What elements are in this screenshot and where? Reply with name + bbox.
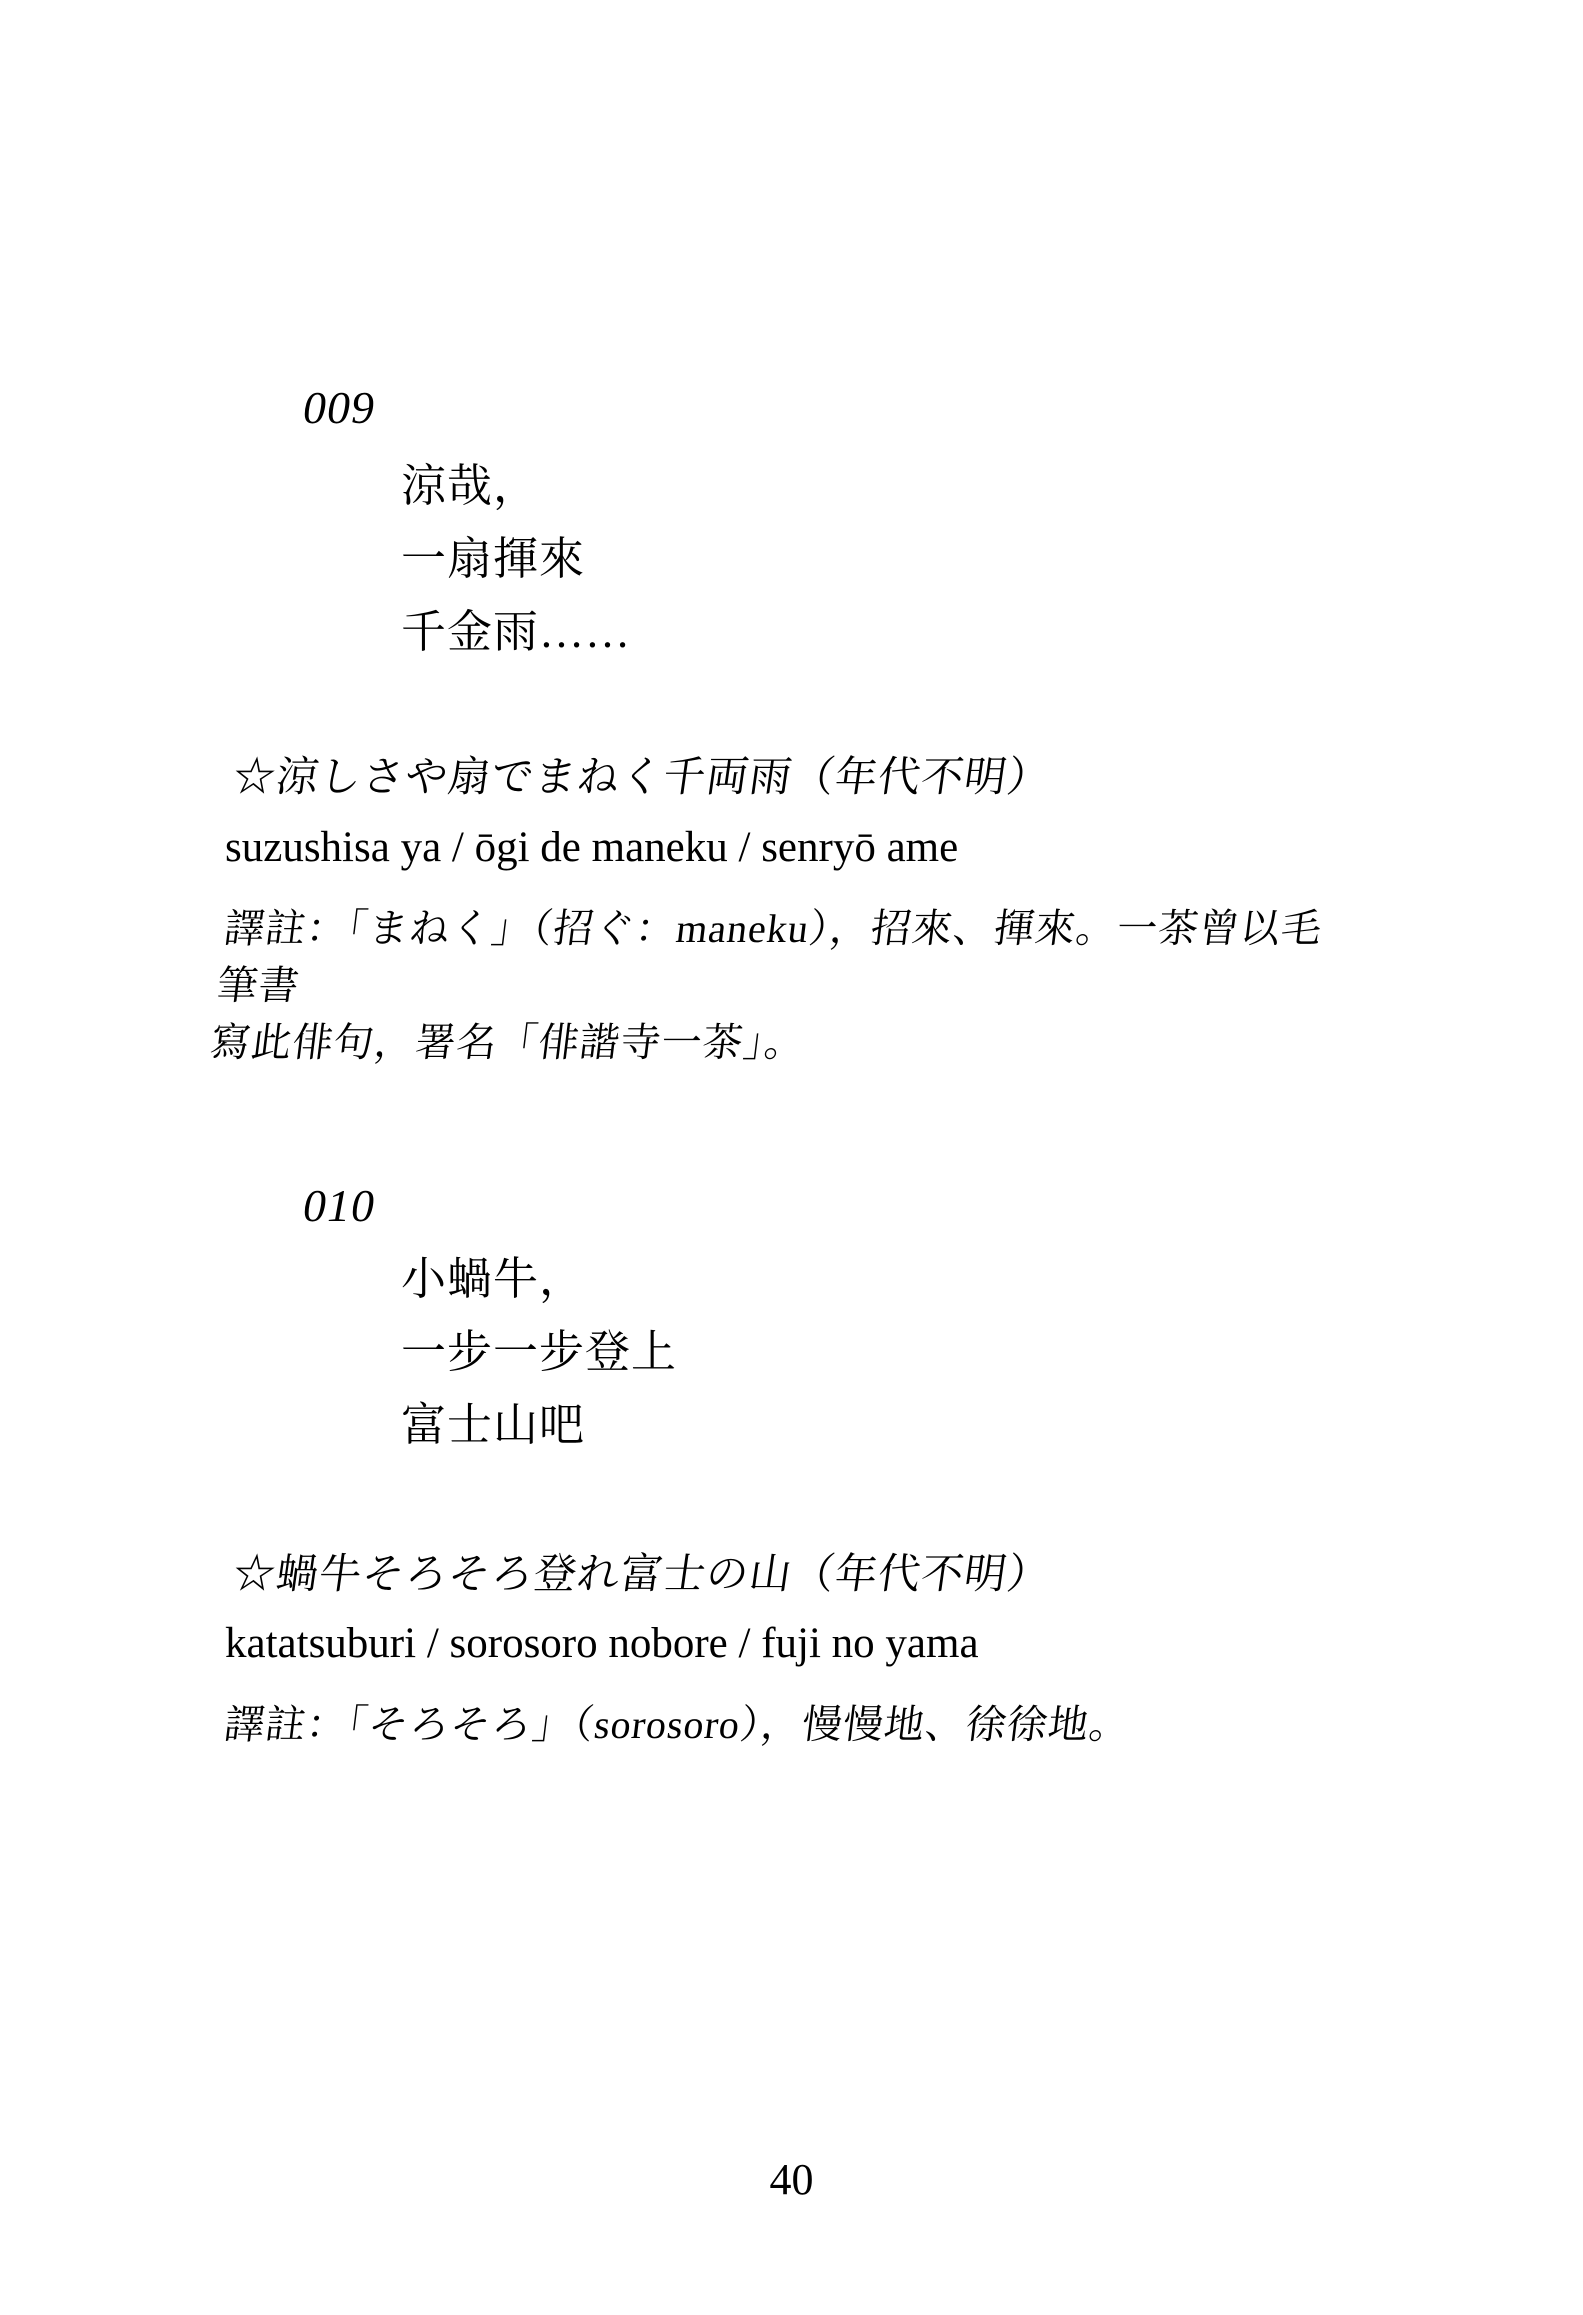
haiku-original-japanese: ☆蝸牛そろそろ登れ富士の山（年代不明）	[230, 1552, 1054, 1598]
note-line: 譯註：「まねく」（招ぐ：maneku），招來、揮來。一茶曾以毛筆書	[214, 900, 1358, 1014]
translator-note: 譯註：「そろそろ」（sorosoro），慢慢地、徐徐地。	[221, 1696, 1358, 1753]
haiku-romaji: suzushisa ya / ōgi de maneku / senryō am…	[225, 824, 958, 871]
poem-line: 一扇揮來	[401, 523, 631, 596]
poem-translation: 涼哉， 一扇揮來 千金雨……	[401, 450, 631, 669]
haiku-romaji: katatsuburi / sorosoro nobore / fuji no …	[225, 1620, 979, 1667]
entry-number: 010	[303, 1183, 375, 1229]
note-line: 譯註：「そろそろ」（sorosoro），慢慢地、徐徐地。	[221, 1696, 1358, 1753]
haiku-original-japanese: ☆涼しさや扇でまねく千両雨（年代不明）	[230, 755, 1054, 801]
poem-line: 富士山吧	[401, 1389, 677, 1462]
poem-line: 一步一步登上	[401, 1316, 677, 1389]
poem-translation: 小蝸牛， 一步一步登上 富士山吧	[401, 1243, 677, 1462]
poem-line: 千金雨……	[401, 596, 631, 669]
poem-line: 涼哉，	[401, 450, 631, 523]
page-number: 40	[0, 2158, 1583, 2202]
entry-number: 009	[303, 385, 375, 431]
poem-line: 小蝸牛，	[401, 1243, 677, 1316]
document-page: 009 涼哉， 一扇揮來 千金雨…… ☆涼しさや扇でまねく千両雨（年代不明） s…	[0, 0, 1583, 2315]
translator-note: 譯註：「まねく」（招ぐ：maneku），招來、揮來。一茶曾以毛筆書 寫此俳句，署…	[207, 900, 1358, 1071]
note-line: 寫此俳句，署名「俳諧寺一茶」。	[207, 1014, 1344, 1071]
